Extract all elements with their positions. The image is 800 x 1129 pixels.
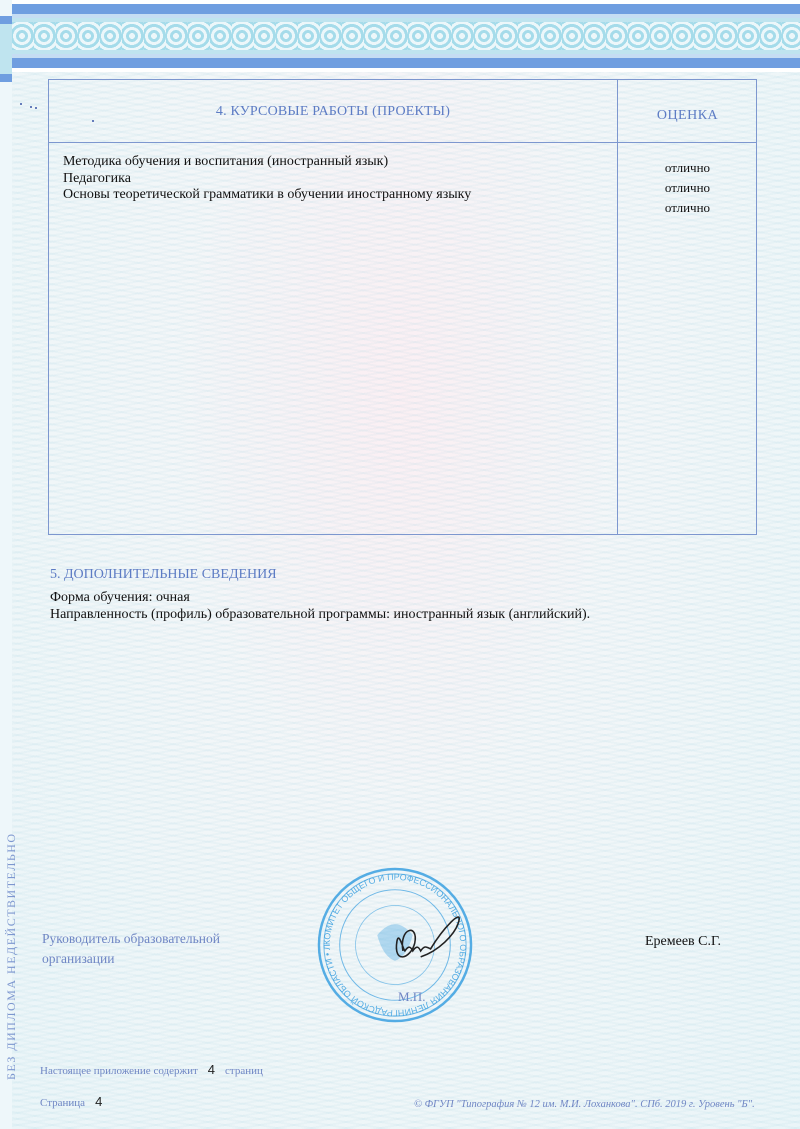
printer-imprint: © ФГУП "Типография № 12 им. М.И. Лоханко… [414, 1099, 755, 1110]
grade-header: ОЦЕНКА [619, 108, 756, 124]
table-row-grade: отлично [619, 198, 756, 218]
page-count-prefix: Настоящее приложение содержит [40, 1065, 198, 1077]
page-count-suffix: страниц [225, 1065, 263, 1077]
table-row-course: Педагогика [63, 171, 471, 188]
table-header-row: 4. КУРСОВЫЕ РАБОТЫ (ПРОЕКТЫ) ОЦЕНКА [49, 80, 756, 143]
course-list: Методика обучения и воспитания (иностран… [63, 154, 471, 204]
grade-list: отлично отлично отлично [619, 158, 756, 218]
decorative-guilloche-band [12, 0, 800, 72]
coursework-table: 4. КУРСОВЫЕ РАБОТЫ (ПРОЕКТЫ) ОЦЕНКА Мето… [48, 79, 757, 535]
study-form-line: Форма обучения: очная [50, 589, 590, 606]
page-count-value: 4 [208, 1062, 215, 1077]
speck [30, 106, 32, 108]
page-number-line: Страница4 [40, 1094, 112, 1109]
table-row-grade: отлично [619, 158, 756, 178]
signatory-name: Еремеев С.Г. [645, 934, 721, 950]
signatory-title: Руководитель образовательной организации [42, 929, 220, 969]
stamp-mark: М.П. [398, 989, 425, 1005]
page-count-line: Настоящее приложение содержит4страниц [40, 1062, 263, 1077]
column-divider [617, 80, 618, 534]
table-row-course: Основы теоретической грамматики в обучен… [63, 187, 471, 204]
decorative-band-left [0, 16, 12, 82]
official-stamp-icon: КОМИТЕТ ОБЩЕГО И ПРОФЕССИОНАЛЬНОГО ОБРАЗ… [316, 866, 474, 1024]
program-profile-line: Направленность (профиль) образовательной… [50, 606, 590, 623]
speck [35, 107, 37, 109]
section4-title: 4. КУРСОВЫЕ РАБОТЫ (ПРОЕКТЫ) [49, 104, 617, 120]
section5-title: 5. ДОПОЛНИТЕЛЬНЫЕ СВЕДЕНИЯ [50, 567, 277, 583]
section5-body: Форма обучения: очная Направленность (пр… [50, 589, 590, 623]
speck [92, 120, 94, 122]
signatory-title-line2: организации [42, 949, 220, 969]
table-row-grade: отлично [619, 178, 756, 198]
speck [20, 103, 22, 105]
page-number: 4 [95, 1094, 102, 1109]
signatory-title-line1: Руководитель образовательной [42, 929, 220, 949]
table-row-course: Методика обучения и воспитания (иностран… [63, 154, 471, 171]
page-label: Страница [40, 1097, 85, 1109]
side-notice: БЕЗ ДИПЛОМА НЕДЕЙСТВИТЕЛЬНО [4, 832, 19, 1080]
